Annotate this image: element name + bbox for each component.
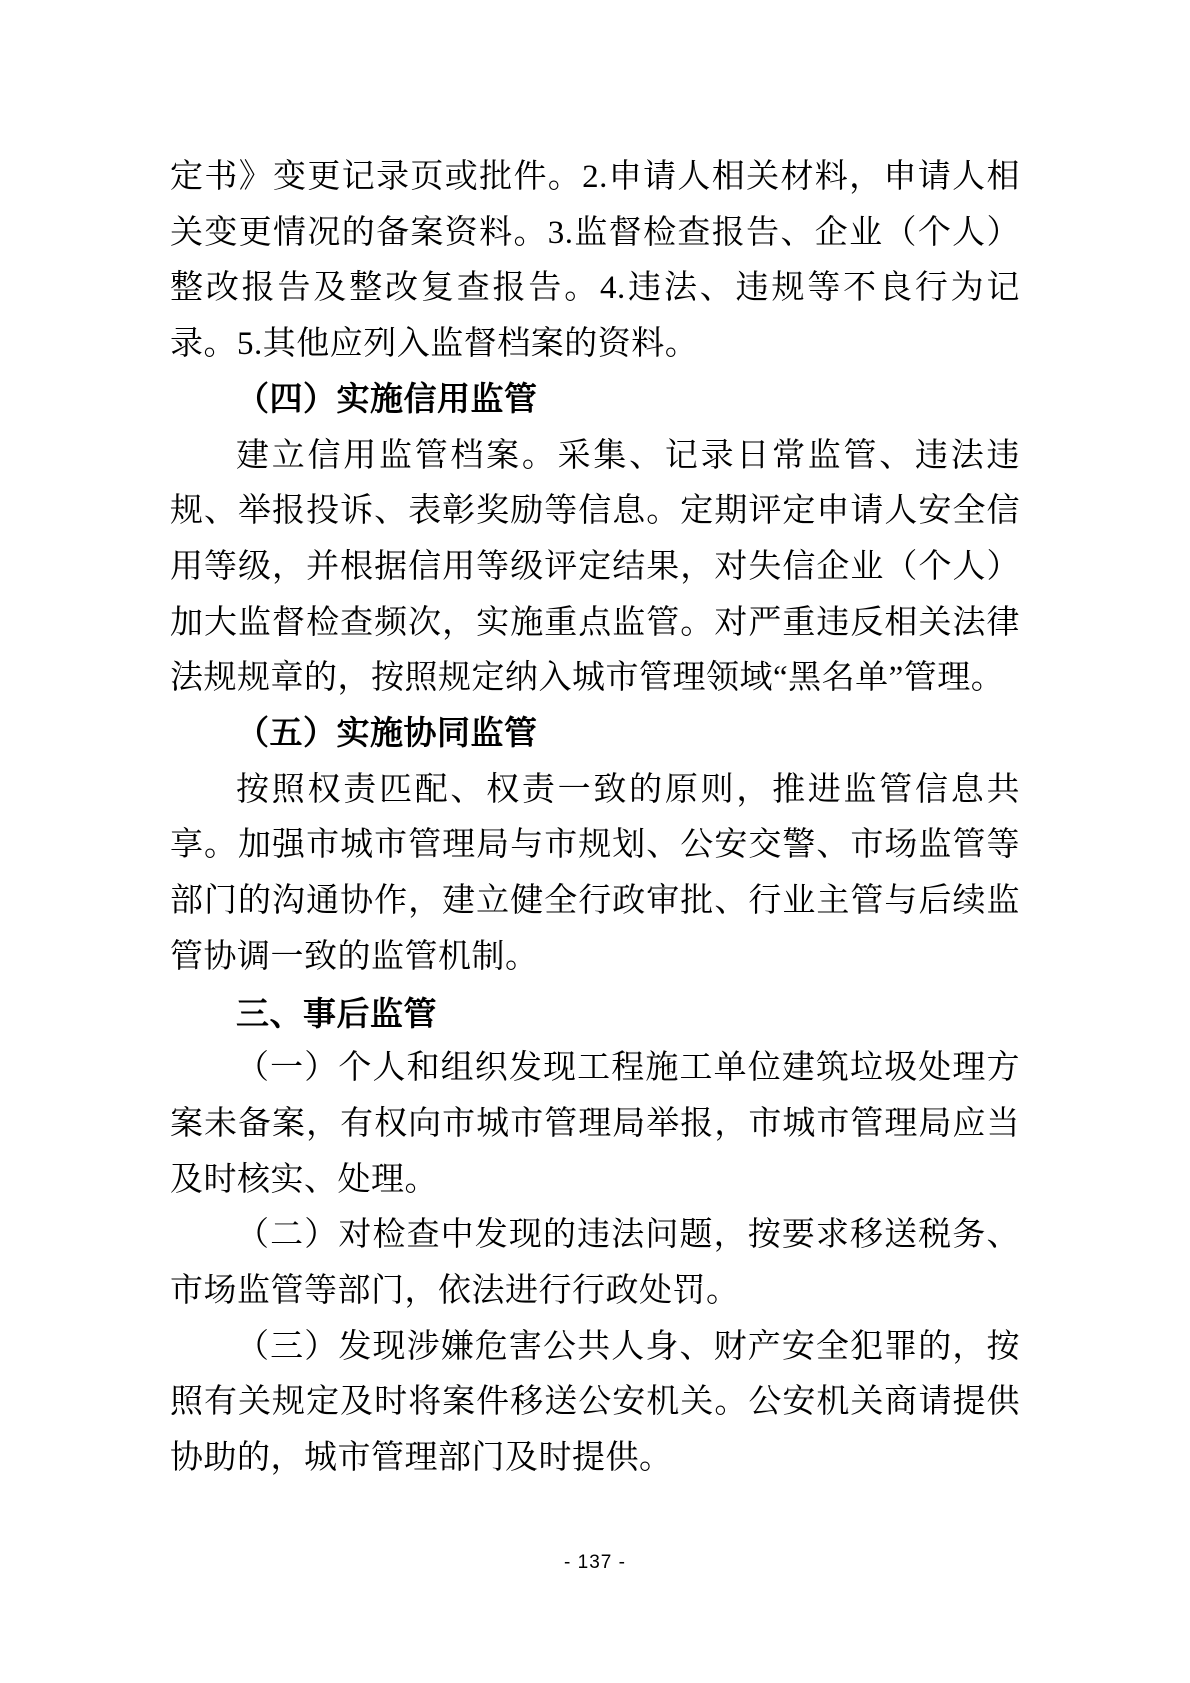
document-page: 定书》变更记录页或批件。2.申请人相关材料，申请人相关变更情况的备案资料。3.监…	[0, 0, 1190, 1683]
paragraph: （三）发现涉嫌危害公共人身、财产安全犯罪的，按照有关规定及时将案件移送公安机关。…	[170, 1320, 1020, 1487]
page-number: - 137 -	[564, 1552, 626, 1573]
paragraph: （一）个人和组织发现工程施工单位建筑垃圾处理方案未备案，有权向市城市管理局举报，…	[170, 1041, 1020, 1208]
page-footer: - 137 -	[0, 1552, 1190, 1574]
section-heading: 三、事后监管	[170, 986, 1020, 1042]
paragraph: 定书》变更记录页或批件。2.申请人相关材料，申请人相关变更情况的备案资料。3.监…	[170, 150, 1020, 373]
section-heading: （五）实施协同监管	[170, 707, 1020, 763]
paragraph: （二）对检查中发现的违法问题，按要求移送税务、市场监管等部门，依法进行行政处罚。	[170, 1208, 1020, 1319]
section-heading: （四）实施信用监管	[170, 373, 1020, 429]
paragraph: 建立信用监管档案。采集、记录日常监管、违法违规、举报投诉、表彰奖励等信息。定期评…	[170, 429, 1020, 708]
document-body: 定书》变更记录页或批件。2.申请人相关材料，申请人相关变更情况的备案资料。3.监…	[170, 150, 1020, 1487]
paragraph: 按照权责匹配、权责一致的原则，推进监管信息共享。加强市城市管理局与市规划、公安交…	[170, 763, 1020, 986]
